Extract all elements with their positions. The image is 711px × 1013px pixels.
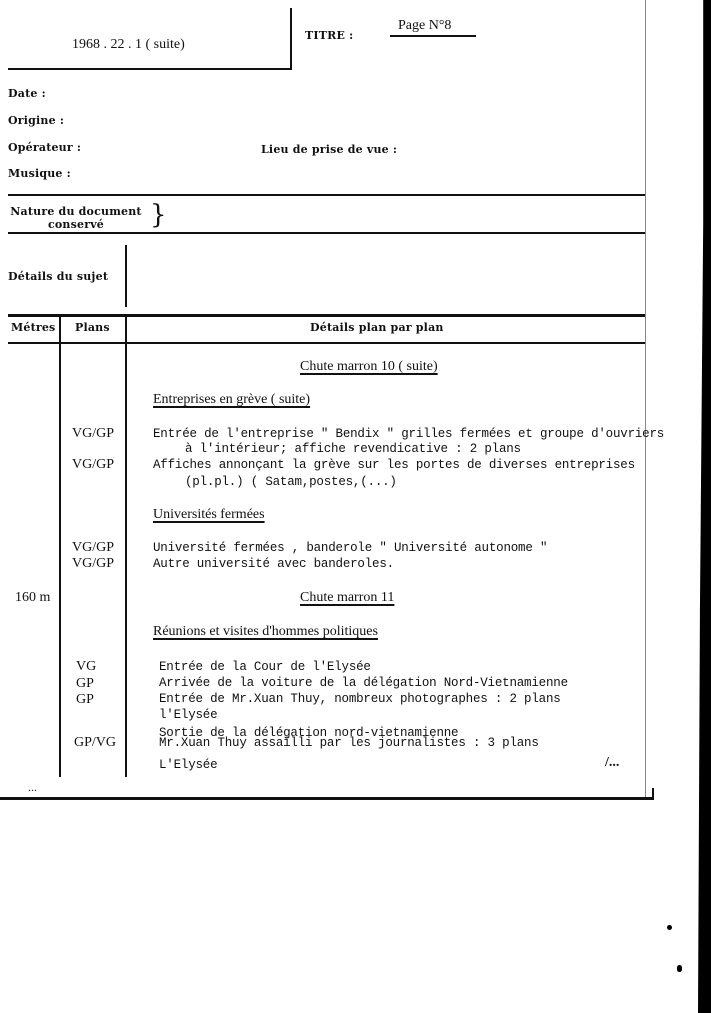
continuation-mark: /... [605,755,619,771]
header-metres: Métres [11,321,55,334]
operateur-label: Opérateur : [8,141,81,154]
shot-description-continued: (pl.pl.) ( Satam,postes,(...) [185,475,397,489]
nature-brace-icon: } [150,200,167,230]
scan-speck [667,925,672,930]
section-heading: Réunions et visites d'hommes politiques [153,624,378,640]
header-details: Détails plan par plan [310,321,444,334]
header-box-bottom-border [8,68,292,70]
table-top-border [8,314,645,317]
column-divider-plans [125,314,127,777]
nature-label-line-2: conservé [8,218,144,231]
shot-description: Entrée de la Cour de l'Elysée [159,660,371,674]
title-label: TITRE : [305,29,353,42]
shot-description: Affiches annonçant la grève sur les port… [153,458,635,472]
lieu-label: Lieu de prise de vue : [261,143,397,156]
plan-code: VG/GP [72,457,114,473]
metres-marker: 160 m [15,590,50,606]
shot-description: Entrée de l'entreprise " Bendix " grille… [153,427,664,441]
section-heading: Entreprises en grève ( suite) [153,392,310,408]
footer-dots: ... [28,780,37,795]
table-right-border [645,0,646,800]
plan-code: VG [76,659,96,675]
table-bottom-right-tick [652,788,654,799]
origine-label: Origine : [8,114,64,127]
shot-description: l'Elysée [159,708,217,722]
details-sujet-brace [125,245,127,307]
divider-nature [8,232,645,234]
plan-code: GP/VG [74,735,116,751]
header-box-right-border [290,8,292,70]
reel-heading: Chute marron 10 ( suite) [300,359,438,375]
table-header-bottom-border [8,342,645,344]
table-bottom-border [0,797,654,800]
plan-code: GP [76,676,94,692]
scan-speck [677,965,682,972]
plan-code: VG/GP [72,426,114,442]
nature-label: Nature du document conservé [8,205,144,231]
plan-code: VG/GP [72,556,114,572]
scan-edge-shadow [698,0,711,1013]
shot-description: Entrée de Mr.Xuan Thuy, nombreux photogr… [159,692,561,706]
shot-description: Arrivée de la voiture de la délégation N… [159,676,568,690]
header-plans: Plans [75,321,110,334]
divider-fields [8,194,645,196]
page-number: Page N°8 [398,18,451,34]
shot-description: Université fermées , banderole " Univers… [153,541,547,555]
date-label: Date : [8,87,46,100]
details-sujet-label: Détails du sujet [8,270,108,283]
plan-code: GP [76,692,94,708]
page-number-underline [390,35,476,37]
musique-label: Musique : [8,167,71,180]
column-divider-metres [59,314,61,777]
reel-heading: Chute marron 11 [300,590,394,606]
shot-description: L'Elysée [159,758,217,772]
section-heading: Universités fermées [153,507,265,523]
shot-description: Autre université avec banderoles. [153,557,394,571]
nature-label-line-1: Nature du document [8,205,144,218]
shot-description-continued: à l'intérieur; affiche revendicative : 2… [185,442,521,456]
document-reference: 1968 . 22 . 1 ( suite) [72,37,185,53]
shot-description: Mr.Xuan Thuy assailli par les journalist… [159,736,539,750]
plan-code: VG/GP [72,540,114,556]
